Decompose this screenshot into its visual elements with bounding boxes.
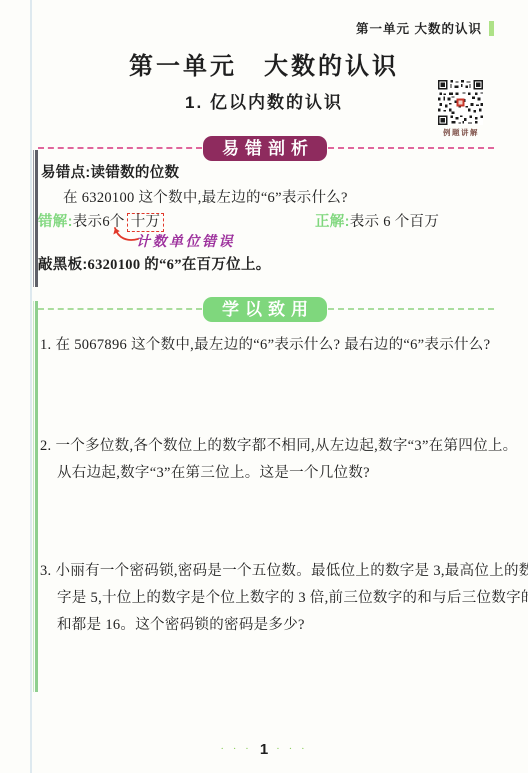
right-answer-text: 表示 6 个百万 [350, 214, 439, 230]
error-section-badge: 易错剖析 [203, 136, 327, 161]
practice-section-badge: 学以致用 [203, 297, 327, 322]
error-point-text: 读错数的位数 [91, 165, 180, 181]
question-2-text: 一个多位数,各个数位上的数字都不相同,从左边起,数字“3”在第四位上。 [55, 438, 517, 454]
question-3-text: 小丽有一个密码锁,密码是一个五位数。最低位上的数字是 3,最高位上的数 [55, 563, 528, 579]
footer-dots-left: · · · [220, 743, 252, 755]
qr-code-image [438, 80, 483, 125]
wrong-answer-label: 错解: [38, 214, 73, 230]
question-3-line-2: 字是 5,十位上的数字是个位上数字的 3 倍,前三位数字的和与后三位数字的 [57, 586, 528, 607]
right-answer-line: 正解:表示 6 个百万 [315, 210, 439, 231]
blackboard-text: 6320100 的“6”在百万位上。 [88, 257, 271, 273]
question-3-number: 3. [40, 563, 51, 579]
blackboard-line: 敲黑板:6320100 的“6”在百万位上。 [38, 253, 271, 274]
error-point-label: 易错点: [41, 165, 91, 181]
question-1-line-1: 1.在 5067896 这个数中,最左边的“6”表示什么? 最右边的“6”表示什… [40, 333, 490, 354]
error-section-dash-right [328, 147, 494, 149]
error-section-dash-left [38, 147, 202, 149]
page-title: 第一单元 大数的认识 [0, 46, 528, 81]
qr-code [438, 80, 483, 125]
question-1-number: 1. [40, 337, 51, 353]
question-2-line-2: 从右边起,数字“3”在第三位上。这是一个几位数? [57, 461, 370, 482]
error-section-rule-thin [33, 150, 34, 287]
question-2-number: 2. [40, 438, 51, 454]
unit-marker-bar [489, 21, 494, 36]
wrong-answer-line: 错解:表示6个十万 [38, 210, 164, 231]
qr-caption: 例题讲解 [433, 127, 489, 138]
running-header-label: 第一单元 大数的认识 [356, 22, 482, 36]
blackboard-label: 敲黑板: [38, 257, 88, 273]
right-answer-label: 正解: [315, 214, 350, 230]
question-3-line-3: 和都是 16。这个密码锁的密码是多少? [57, 613, 305, 634]
page-footer: · · ·1· · · [0, 741, 528, 759]
footer-dots-right: · · · [276, 743, 308, 755]
workbook-page: 第一单元 大数的认识 第一单元 大数的认识 1. 亿以内数的认识 [0, 0, 528, 773]
question-3-line-1: 3.小丽有一个密码锁,密码是一个五位数。最低位上的数字是 3,最高位上的数 [40, 559, 528, 580]
handwritten-annotation: 计数单位错误 [136, 231, 235, 251]
running-header: 第一单元 大数的认识 [0, 19, 494, 37]
example-question: 在 6320100 这个数中,最左边的“6”表示什么? [63, 186, 348, 207]
scan-edge-line [30, 0, 32, 773]
practice-section-dash-left [38, 308, 202, 310]
page-number: 1 [260, 741, 268, 758]
practice-section-dash-right [328, 308, 494, 310]
error-point-line: 易错点:读错数的位数 [41, 161, 179, 182]
practice-section-rule-thin [33, 301, 34, 692]
question-2-line-1: 2.一个多位数,各个数位上的数字都不相同,从左边起,数字“3”在第四位上。 [40, 434, 517, 455]
question-1-text: 在 5067896 这个数中,最左边的“6”表示什么? 最右边的“6”表示什么? [55, 337, 490, 353]
practice-section-rule [35, 301, 38, 692]
